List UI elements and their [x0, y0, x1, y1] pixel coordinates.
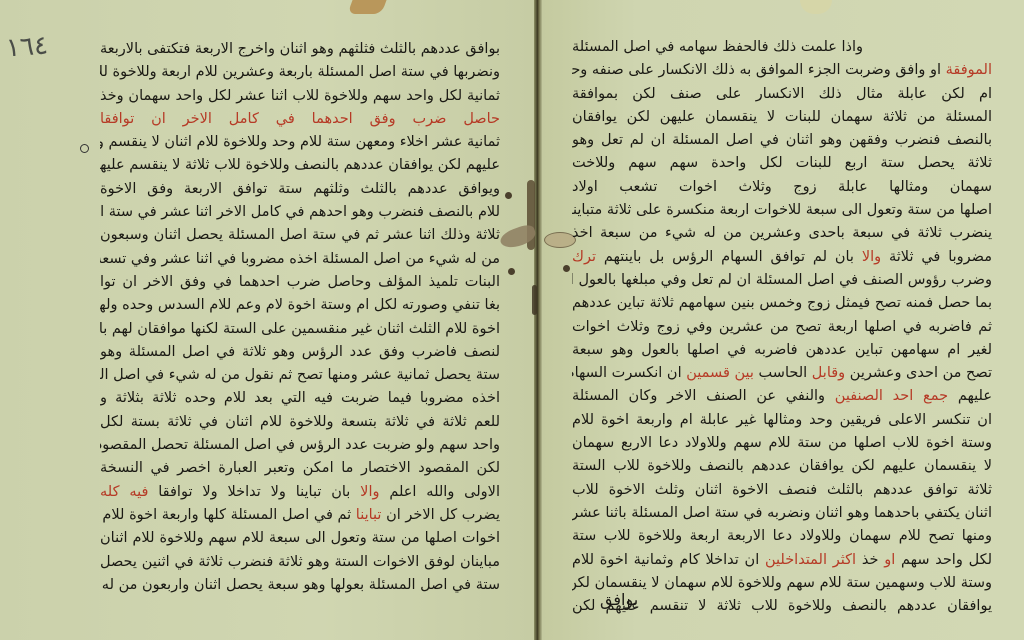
- text-line: مضروبا في ثلاثة والا بان لم توافق السهام…: [572, 246, 992, 269]
- text-line: الاولى والله اعلم والا بان تباينا ولا تد…: [100, 481, 500, 504]
- binding-gutter: [534, 0, 542, 640]
- text-line: ثمانية لكل واحد سهم وللاخوة للاب اثنا عش…: [100, 85, 500, 108]
- text-line: مباينان لوفق الاخوات الستة وهو ثلاثة فنض…: [100, 551, 500, 574]
- rubric-word: والا: [360, 484, 379, 500]
- rubric-word: او: [884, 552, 895, 568]
- rubric-word: اكثر المتداخلين: [765, 552, 856, 568]
- text-line: واذا علمت ذلك فالحفظ سهامه في اصل المسئل…: [572, 36, 992, 59]
- text-line: وضرب رؤوس الصنف في اصل المسئلة ان لم تعل…: [572, 269, 992, 292]
- text-line: تصح من احدى وعشرين وقابل الحاسب بين قسمي…: [572, 362, 992, 385]
- text-line: ستة يحصل ثمانية عشر ومنها تصح ثم نقول من…: [100, 364, 500, 387]
- text-line: بما حصل فمنه تصح فيمثل زوج وخمس بنين سها…: [572, 292, 992, 315]
- text-line: ثلاثة توافق عددهم بالثلث فنصف الاخوة اثن…: [572, 479, 992, 502]
- text-line: الموفقة او وافق وضربت الجزء الموافق به ذ…: [572, 59, 992, 82]
- binding-thread: [532, 285, 537, 315]
- manuscript-spread: ١٦٤ بوافق عددهم بالثلث فثلثهم وهو اثنان …: [0, 0, 1024, 640]
- text-line: لغير ام سهامهن تباين عددهن فاضربه في اصل…: [572, 339, 992, 362]
- text-line: بغا تنفي وصورته لكل ام وستة اخوة لام وعم…: [100, 294, 500, 317]
- text-line: من له شيء من اصل المسئلة اخذه مضروبا في …: [100, 248, 500, 271]
- text-line: واحد سهم ولو ضربت عدد الرؤس في اصل المسئ…: [100, 434, 500, 457]
- margin-circle-mark: [80, 144, 89, 153]
- text-line: لكل واحد سهم او خذ اكثر المتداخلين ان تد…: [572, 549, 992, 572]
- text-line: لكن المقصود الاختصار ما امكن وتعبر العبا…: [100, 457, 500, 480]
- binding-hole: [563, 265, 570, 272]
- rubric-word: والا: [862, 249, 881, 265]
- rubric-word: الموفقة: [946, 62, 992, 78]
- binding-hole: [508, 268, 515, 275]
- left-page-text: بوافق عددهم بالثلث فثلثهم وهو اثنان واخر…: [100, 38, 500, 597]
- text-line: ستة في اصل المسئلة بعولها وهو سبعة يحصل …: [100, 574, 500, 597]
- rubric-word: وقابل: [812, 365, 845, 381]
- catchword: بوافق: [600, 590, 638, 609]
- text-line: اثنان يكتفي باحدهما وهو اثنان ونضربه في …: [572, 502, 992, 525]
- text-line: لا ينقسمان عليهم لكن يوافقان عددهم بالنص…: [572, 455, 992, 478]
- text-line: حاصل ضرب وفق احدهما في كامل الاخر ان توا…: [100, 108, 500, 131]
- text-line: وستة اخوة للاب اصلها من ستة للام سهم ولل…: [572, 432, 992, 455]
- rubric-word: بين قسمين: [686, 365, 754, 381]
- binding-hole: [505, 192, 512, 199]
- text-line: اخوة للام الثلث اثنان غير منقسمين على ال…: [100, 318, 500, 341]
- text-line: البنات تلميذ المؤلف وحاصل ضرب احدهما في …: [100, 271, 500, 294]
- text-line: بوافق عددهم بالثلث فثلثهم وهو اثنان واخر…: [100, 38, 500, 61]
- text-line: ثمانية عشر اخلاء ومعهن ستة للام وحد وللا…: [100, 131, 500, 154]
- text-line: ام لكن عابلة مثال ذلك الانكسار على صنف ل…: [572, 83, 992, 106]
- rubric-word: ترك: [572, 249, 596, 265]
- text-line: عليهم لكن يوافقان عددهم بالنصف وللاخوة ل…: [100, 154, 500, 177]
- rubric-word: جمع احد الصنفين: [835, 388, 948, 404]
- text-line: ان تنكسر الاعلى فريقين وحد ومثالها غير ع…: [572, 409, 992, 432]
- text-line: اخوات اصلها من ستة وتعول الى سبعة للام س…: [100, 527, 500, 550]
- text-line: اصلها من ستة وتعول الى سبعة للاخوات اربع…: [572, 199, 992, 222]
- text-line: ومنها تصح للام سهمان وللاولاد دعا الاربع…: [572, 525, 992, 548]
- text-line: ونضربها في ستة اصل المسئلة باربعة وعشرين…: [100, 61, 500, 84]
- text-line: ينضرب ثلاثة في سبعة باحدى وعشرين من له ش…: [572, 222, 992, 245]
- text-line: لنصف فاضرب وفق عدد الرؤس وهو ثلاثة في اص…: [100, 341, 500, 364]
- right-page-text: واذا علمت ذلك فالحفظ سهامه في اصل المسئل…: [572, 36, 992, 618]
- text-line: المسئلة من ثلاثة سهمان للبنات لا ينقسمان…: [572, 106, 992, 129]
- text-line: ثلاثة وذلك اثنا عشر ثم في ستة اصل المسئل…: [100, 224, 500, 247]
- text-line: بالنصف فنضرب وفقهن وهو اثنان في اصل المس…: [572, 129, 992, 152]
- text-line: ثم فاضربه في اصلها اربعة تصح من عشرين وف…: [572, 316, 992, 339]
- rubric-word: تباينا: [356, 507, 382, 523]
- rubric-word: فيه كله: [100, 484, 148, 500]
- text-line: عليهم جمع احد الصنفين والنفي عن الصنف ال…: [572, 385, 992, 408]
- text-line: للام بالنصف فنضرب وهو احدهم في كامل الاخ…: [100, 201, 500, 224]
- text-line: ثلاثة يحصل ستة اربع للبنات لكل واحدة سهم…: [572, 152, 992, 175]
- text-line: سهمان ومثالها عابلة زوج وثلاث اخوات تشعب…: [572, 176, 992, 199]
- text-line: اخذه مضروبا فيما ضربت فيه التي بعد للام …: [100, 387, 500, 410]
- text-line: يضرب كل الاخر ان تباينا ثم في اصل المسئل…: [100, 504, 500, 527]
- folio-number: ١٦٤: [5, 31, 49, 64]
- text-line: للعم ثلاثة في ثلاثة بتسعة وللاخوة للام ا…: [100, 411, 500, 434]
- text-line: ويوافق عددهم بالثلث وثلثهم ستة توافق الا…: [100, 178, 500, 201]
